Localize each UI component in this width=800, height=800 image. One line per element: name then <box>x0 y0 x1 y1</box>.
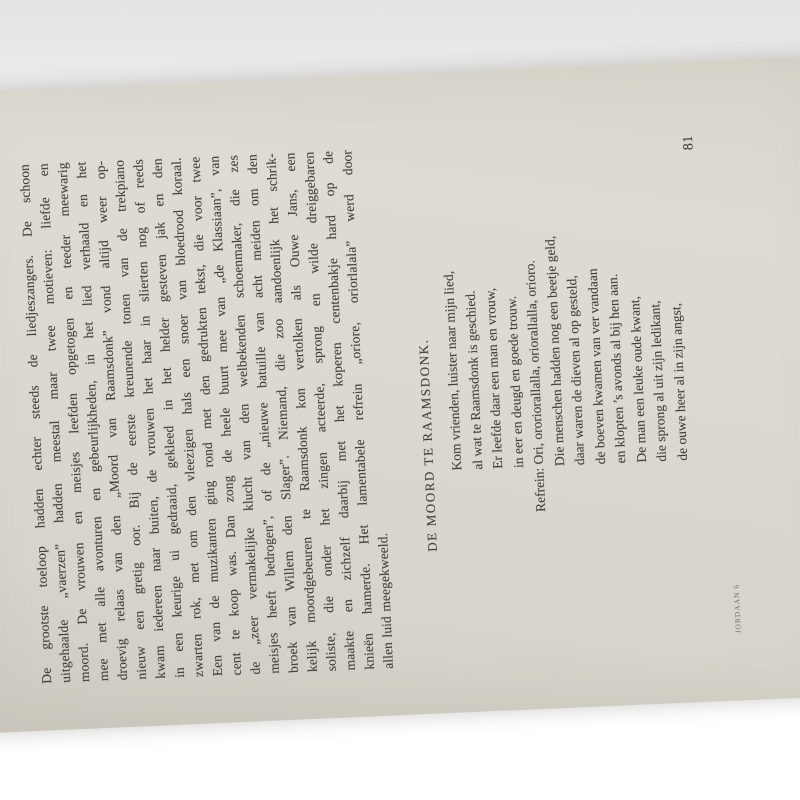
printers-signature: JORDAAN 6 <box>732 584 743 634</box>
book-page: De grootste toeloop hadden echter steeds… <box>0 57 800 734</box>
photo-background: De grootste toeloop hadden echter steeds… <box>0 0 800 800</box>
page-text-block: De grootste toeloop hadden echter steeds… <box>15 136 702 685</box>
song-verse: Kom vrienden, luister naar mijn lied, al… <box>433 136 693 471</box>
prose-paragraph: De grootste toeloop hadden echter steeds… <box>15 149 398 684</box>
